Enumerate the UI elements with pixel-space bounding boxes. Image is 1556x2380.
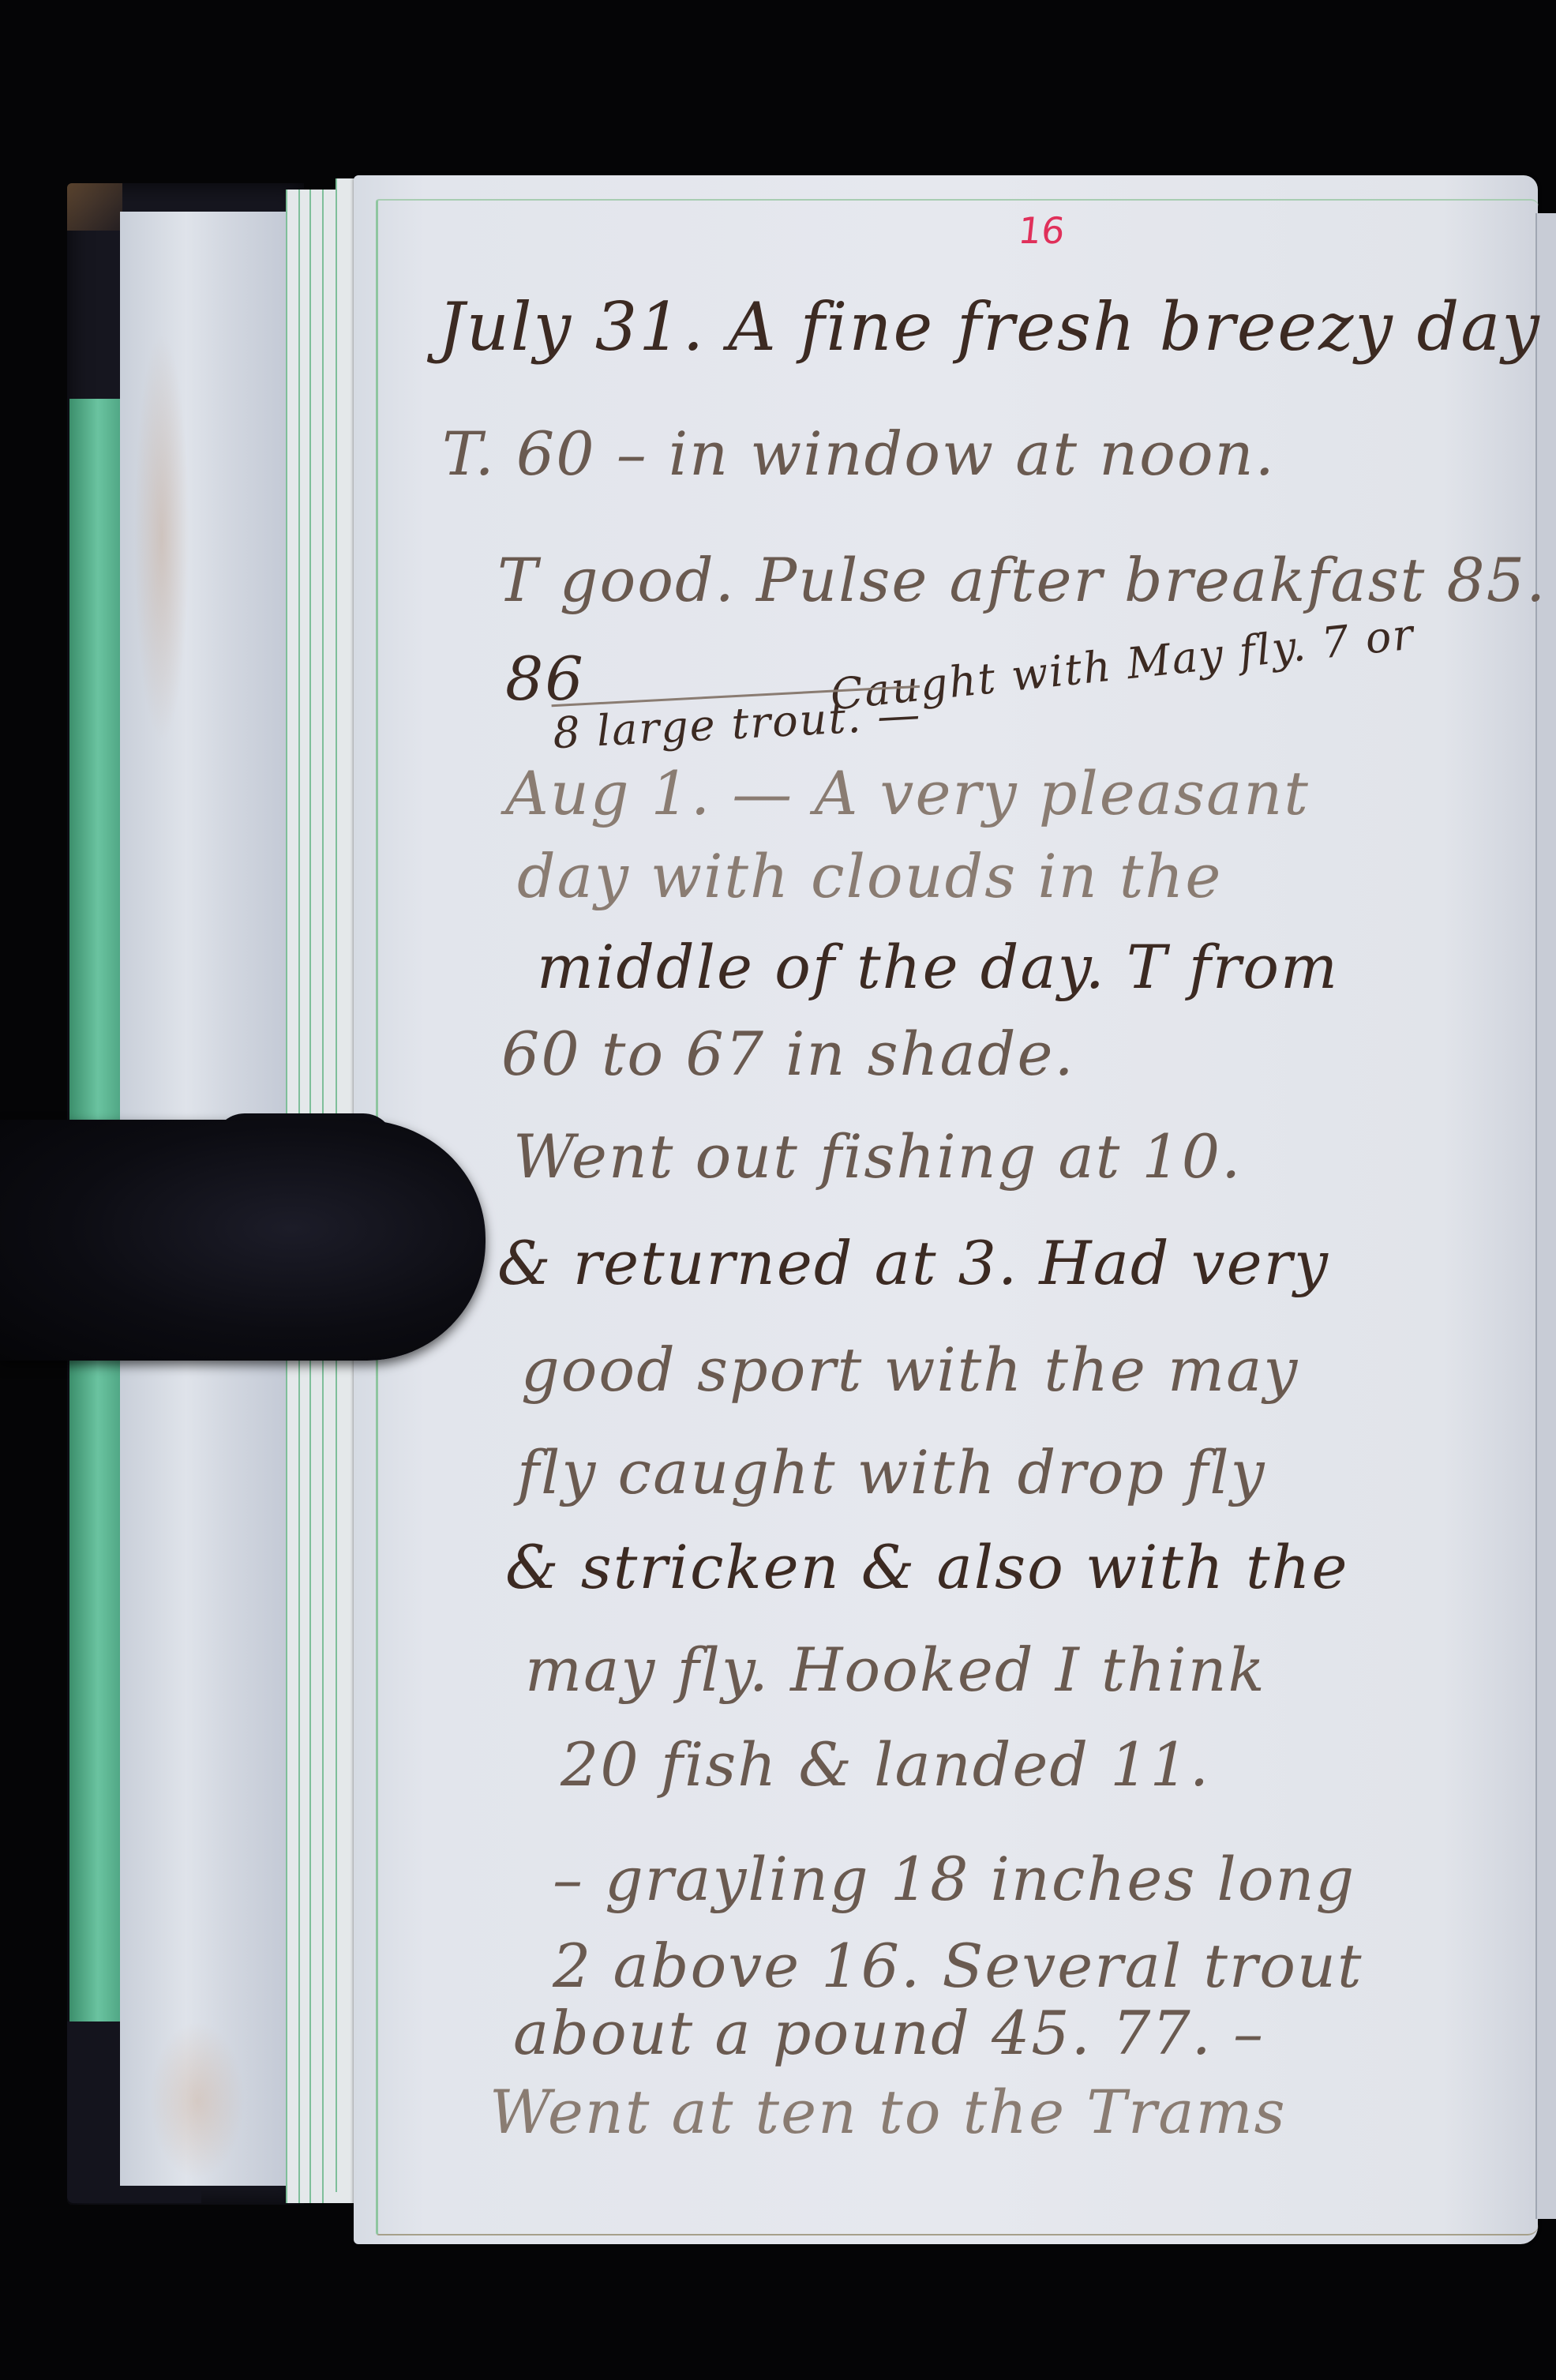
handwritten-line: 2 above 16. Several trout xyxy=(553,1931,1363,2001)
handwritten-line: Went at ten to the Trams xyxy=(489,2077,1287,2147)
facing-page-edge xyxy=(1535,213,1556,2219)
folio-number: 16 xyxy=(1016,209,1067,252)
handwritten-line: middle of the day. T from xyxy=(537,932,1339,1002)
handwritten-line: about a pound 45. 77. – xyxy=(513,1998,1265,2068)
endpaper-stain xyxy=(150,2021,245,2179)
gloved-finger xyxy=(0,1120,486,1361)
handwritten-line: may fly. Hooked I think xyxy=(525,1635,1266,1705)
handwritten-line: day with clouds in the xyxy=(517,841,1222,911)
endpaper-stain xyxy=(134,332,189,742)
handwritten-line: & stricken & also with the xyxy=(505,1532,1349,1602)
handwritten-line: Aug 1. — A very pleasant xyxy=(505,758,1310,828)
handwritten-line: fly caught with drop fly xyxy=(517,1437,1266,1507)
handwritten-line: – grayling 18 inches long xyxy=(553,1844,1355,1914)
handwritten-line: Went out fishing at 10. xyxy=(513,1121,1242,1192)
handwritten-line: T good. Pulse after breakfast 85. xyxy=(497,545,1547,615)
handwritten-line: good sport with the may xyxy=(521,1335,1299,1405)
handwritten-line: T. 60 – in window at noon. xyxy=(442,419,1276,489)
handwritten-line: 60 to 67 in shade. xyxy=(501,1019,1075,1089)
handwritten-line: 20 fish & landed 11. xyxy=(561,1729,1210,1800)
worn-cover-corner xyxy=(67,183,122,231)
handwritten-line: July 31. A fine fresh breezy day xyxy=(438,288,1541,366)
handwritten-line: & returned at 3. Had very xyxy=(497,1228,1329,1298)
